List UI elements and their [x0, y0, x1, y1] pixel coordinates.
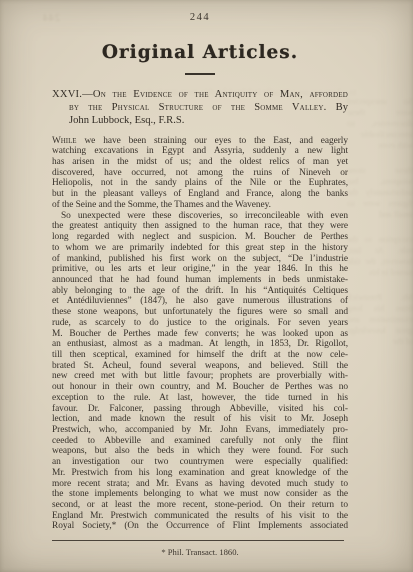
body-line: et Antédiluviennes” (1847), he also gave… [52, 296, 348, 307]
body-line: to whom we are primarily indebted for th… [52, 243, 348, 254]
bleed-through-line: these stone weapons, but unfortunately t… [347, 165, 413, 220]
heading-rule [185, 73, 215, 75]
body-line: Heliopolis, not in the sandy plains of t… [52, 178, 348, 189]
bleed-through-line: exception to the rule. At last, however,… [347, 234, 413, 278]
footnote: * Phil. Transact. 1860. [52, 547, 348, 557]
body-line: Royal Society,* (On the Occurrence of Fl… [52, 521, 348, 532]
body-line: long regarded with neglect and suspicion… [52, 232, 348, 243]
body-line: weapons, but also the beds in which they… [52, 446, 348, 457]
body-line: an enthusiast, almost as a madman. At le… [52, 339, 348, 350]
article-body: While we have been straining our eyes to… [52, 136, 348, 533]
body-line: brated St. Acheul, found several weapons… [52, 361, 348, 372]
body-line: announced that he had found human implem… [52, 275, 348, 286]
body-line: primitive, ou les arts et leur origine,”… [52, 264, 348, 275]
text-column: 244 Original Articles. XXVI.—On the Evid… [52, 0, 348, 557]
body-line: these stone weapons, but unfortunately t… [52, 307, 348, 318]
body-line: an investigation our two countrymen were… [52, 457, 348, 468]
body-line: Mr. Prestwich from his long examination … [52, 468, 348, 479]
body-paragraph: So unexpected were these discoveries, so… [52, 211, 348, 533]
article-author: John Lubbock, Esq., F.R.S. [52, 114, 348, 127]
article-title: XXVI.—On the Evidence of the Antiquity o… [52, 88, 348, 128]
body-line: more recent strata; and Mr. Evans as hav… [52, 479, 348, 490]
body-line: favour. Dr. Falconer, passing through Ab… [52, 404, 348, 415]
article-title-line: XXVI.—On the Evidence of the Antiquity o… [52, 88, 348, 101]
body-line: ably belonging to the age of the drift. … [52, 286, 348, 297]
article-title-text: by the Physical Structure of the Somme V… [69, 102, 336, 113]
bleed-through-line: So unexpected were these discoveries, so… [347, 96, 413, 151]
body-line: So unexpected were these discoveries, so… [52, 211, 348, 222]
body-line: new creed met with but little favour; pr… [52, 371, 348, 382]
bleed-through-margin-text: So unexpected were these discoveries, so… [347, 96, 413, 516]
body-line: second, or at least the more recent, sto… [52, 500, 348, 511]
body-line: ceeded to Abbeville and examined careful… [52, 436, 348, 447]
bleed-through-line: Mr. Prestwich from his long examination … [347, 292, 413, 347]
body-line: Prestwich, who, accompanied by Mr. John … [52, 425, 348, 436]
scanned-page: 244 to whom we are primarily indebted fo… [0, 0, 413, 572]
article-title-text: XXVI.—On the Evidence of the Antiquity o… [52, 89, 348, 100]
paragraph-lead-word: While [52, 136, 77, 146]
body-line: watching excavations in Egypt and Assyri… [52, 146, 348, 157]
body-line: but in the pleasant valleys of England a… [52, 189, 348, 200]
body-line-text: we have been straining our eyes to the E… [77, 136, 348, 146]
article-title-line: by the Physical Structure of the Somme V… [52, 101, 348, 114]
body-line: M. Boucher de Perthes made few converts;… [52, 329, 348, 340]
body-line: England Mr. Prestwich communicated the r… [52, 511, 348, 522]
section-heading: Original Articles. [52, 42, 348, 63]
body-line: rude, as scarcely to do justice to the o… [52, 318, 348, 329]
body-paragraph: While we have been straining our eyes to… [52, 136, 348, 211]
body-line: has arisen in the midst of us; and the o… [52, 157, 348, 168]
body-line: While we have been straining our eyes to… [52, 136, 348, 147]
footnote-rule [52, 540, 344, 541]
body-line: the stone implements belonging to what w… [52, 489, 348, 500]
body-line: of mankind, published his first work on … [52, 254, 348, 265]
article-title-byword: By [336, 102, 348, 113]
body-line: lection, and made known the result of hi… [52, 414, 348, 425]
body-line: out honour in their own country, and M. … [52, 382, 348, 393]
body-line: of the Seine and the Somme, the Thames a… [52, 200, 348, 211]
body-line: exception to the rule. At last, however,… [52, 393, 348, 404]
body-line: till then sceptical, examined for himsel… [52, 350, 348, 361]
body-line: discovered, have occurred, not among the… [52, 168, 348, 179]
page-number: 244 [52, 0, 348, 23]
body-line: the greatest antiquity then assigned to … [52, 221, 348, 232]
